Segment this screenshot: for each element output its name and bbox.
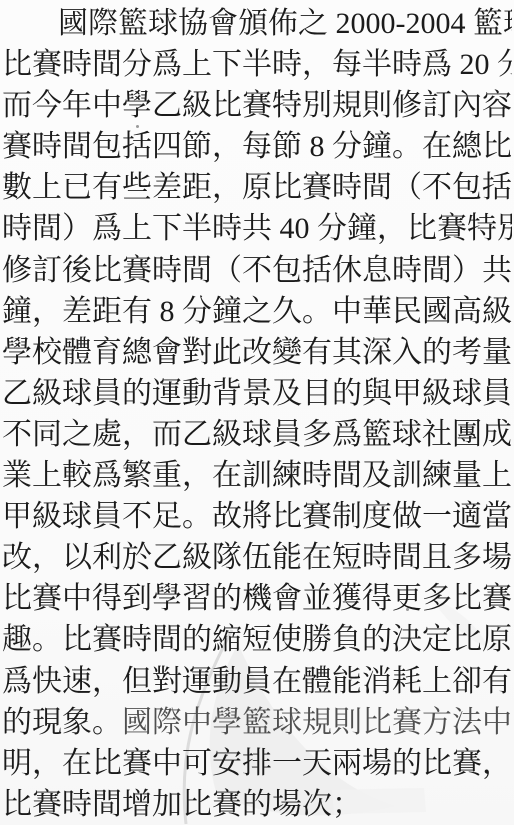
text-line: 爲快速，但對運動員在體能消耗上卻有減輕 bbox=[2, 661, 512, 702]
text-line: 改，以利於乙級隊伍能在短時間且多場次的 bbox=[2, 537, 512, 578]
text-line: 學校體育總會對此改變有其深入的考量，因 bbox=[2, 332, 512, 373]
text-line: 乙級球員的運動背景及目的與甲級球員皆有 bbox=[2, 373, 512, 414]
text-line: 比賽中得到學習的機會並獲得更多比賽樂 bbox=[2, 578, 512, 619]
text-line: 業上較爲繁重，在訓練時間及訓練量上均較 bbox=[2, 455, 512, 496]
text-line: 比賽時間分爲上下半時，每半時爲 20 分鐘。 bbox=[2, 44, 512, 85]
text-line: 時間）爲上下半時共 40 分鐘，比賽特別規則 bbox=[2, 208, 512, 249]
text-segment-faded: 國際中學籃球規則比賽方法中說 bbox=[122, 706, 512, 739]
text-line: 明，在比賽中可安排一天兩場的比賽，縮短 bbox=[2, 743, 512, 784]
text-line: 甲級球員不足。故將比賽制度做一適當的修 bbox=[2, 496, 512, 537]
text-segment: 的現象。 bbox=[2, 706, 122, 739]
text-line: 數上已有些差距，原比賽時間（不包括休息 bbox=[2, 167, 512, 208]
document-page: 國際籃球協會頒佈之 2000-2004 籃球規則 比賽時間分爲上下半時，每半時爲… bbox=[0, 0, 514, 825]
text-line: 的現象。國際中學籃球規則比賽方法中說 bbox=[2, 702, 512, 743]
text-line: 而今年中學乙級比賽特別規則修訂內容中比 bbox=[2, 85, 512, 126]
text-line: 比賽時間增加比賽的場次； bbox=[2, 784, 512, 825]
text-line: 賽時間包括四節，每節 8 分鐘。在總比賽時 bbox=[2, 126, 512, 167]
text-line: 鐘，差距有 8 分鐘之久。中華民國高級中等 bbox=[2, 291, 512, 332]
text-line: 修訂後比賽時間（不包括休息時間）共 32 分 bbox=[2, 250, 512, 291]
text-line: 趣。比賽時間的縮短使勝負的決定比原來更 bbox=[2, 619, 512, 660]
text-line: 國際籃球協會頒佈之 2000-2004 籃球規則 bbox=[2, 3, 512, 44]
text-line: 不同之處，而乙級球員多爲籃球社團成員課 bbox=[2, 414, 512, 455]
paragraph: 國際籃球協會頒佈之 2000-2004 籃球規則 比賽時間分爲上下半時，每半時爲… bbox=[2, 3, 512, 825]
